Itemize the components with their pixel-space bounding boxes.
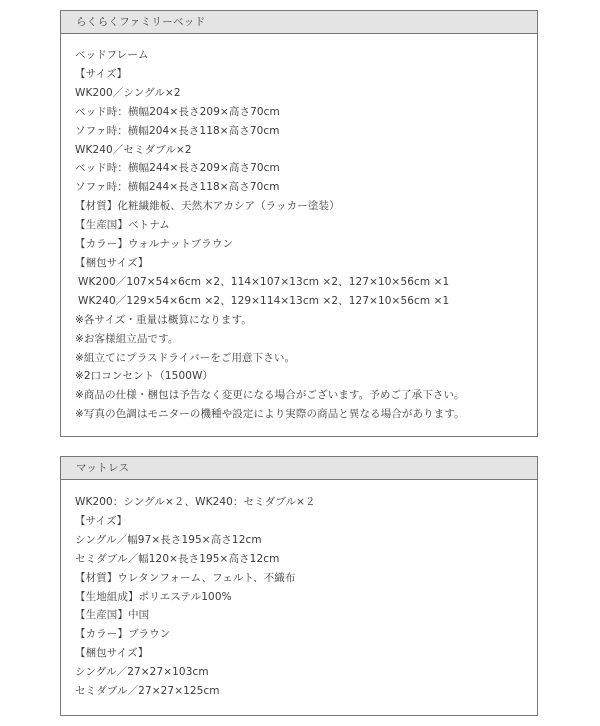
spec-line: セミダブル／27×27×125cm [75,682,537,701]
spec-line: WK240／セミダブル×2 [75,141,537,160]
spec-note: ※各サイズ・重量は概算になります。 [75,311,537,330]
spec-line: WK200／107×54×6cm ×2、114×107×13cm ×2、127×… [75,273,537,292]
spec-line: 【サイズ】 [75,65,537,84]
spec-note: ※写真の色調はモニターの機種や設定により実際の商品と異なる場合があります。 [75,405,537,424]
spec-note: ※組立てにプラスドライバーをご用意下さい。 [75,349,537,368]
spec-line: 【生地組成】ポリエステル100% [75,588,537,607]
spec-line: 【梱包サイズ】 [75,644,537,663]
spec-line: 【カラー】ウォルナットブラウン [75,235,537,254]
mattress-spec-box: マットレス WK200：シングル×２、WK240：セミダブル×２ 【サイズ】 シ… [60,456,538,716]
spec-line: 【梱包サイズ】 [75,254,537,273]
spec-line: 【材質】化粧繊維板、天然木アカシア（ラッカー塗装） [75,197,537,216]
spec-line: WK200／シングル×2 [75,84,537,103]
spec-line: 【材質】ウレタンフォーム、フェルト、不織布 [75,569,537,588]
spec-line: 【生産国】ベトナム [75,216,537,235]
spec-note: ※2口コンセント（1500W） [75,367,537,386]
mattress-spec-body: WK200：シングル×２、WK240：セミダブル×２ 【サイズ】 シングル／幅9… [61,480,537,701]
spec-line: 【サイズ】 [75,512,537,531]
spec-line: WK240／129×54×6cm ×2、129×114×13cm ×2、127×… [75,292,537,311]
spec-line: ソファ時：横幅204×長さ118×高さ70cm [75,122,537,141]
spec-line: ベッド時：横幅244×長さ209×高さ70cm [75,159,537,178]
bed-frame-spec-title: らくらくファミリーベッド [61,11,537,34]
spec-line: WK200：シングル×２、WK240：セミダブル×２ [75,493,537,512]
spec-line: 【カラー】ブラウン [75,625,537,644]
spec-line: シングル／27×27×103cm [75,663,537,682]
spec-note: ※商品の仕様・梱包は予告なく変更になる場合がございます。予めご了承下さい。 [75,386,537,405]
mattress-spec-title: マットレス [61,457,537,480]
spec-line: ベッド時：横幅204×長さ209×高さ70cm [75,103,537,122]
bed-frame-spec-body: ベッドフレーム 【サイズ】 WK200／シングル×2 ベッド時：横幅204×長さ… [61,34,537,424]
spec-line: ベッドフレーム [75,46,537,65]
spec-line: 【生産国】中国 [75,606,537,625]
spec-line: ソファ時：横幅244×長さ118×高さ70cm [75,178,537,197]
spec-line: シングル／幅97×長さ195×高さ12cm [75,531,537,550]
spec-line: セミダブル／幅120×長さ195×高さ12cm [75,550,537,569]
bed-frame-spec-box: らくらくファミリーベッド ベッドフレーム 【サイズ】 WK200／シングル×2 … [60,10,538,437]
spec-note: ※お客様組立品です。 [75,330,537,349]
